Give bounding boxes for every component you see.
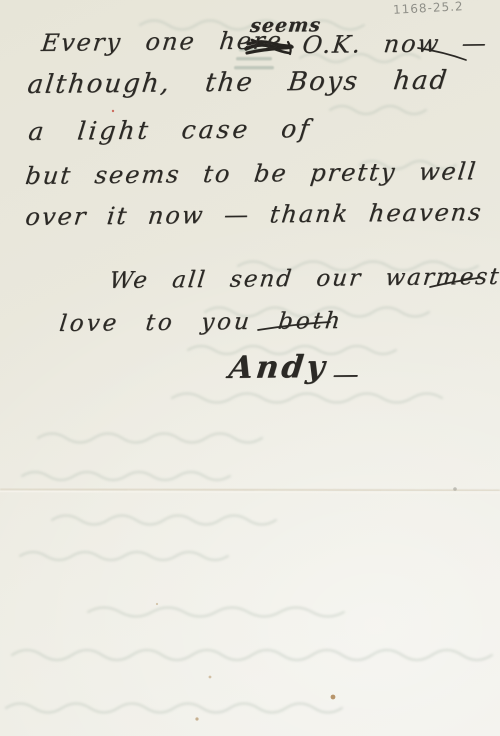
letter-line-1-start: Every one here	[40, 26, 284, 57]
letter-line-1-end: O.K. now —	[301, 29, 490, 59]
letter-line-6: We all send our warmest	[108, 264, 500, 294]
fold-crease	[0, 489, 500, 493]
signature-dash: —	[331, 360, 360, 390]
accession-number: 1168-25.2	[393, 0, 464, 17]
letter-line-3: a light case of	[27, 114, 313, 146]
signature: Andy	[227, 349, 329, 386]
letter-line-4: but seems to be pretty well	[24, 157, 479, 190]
letter-line-2: although, the Boys had	[26, 66, 450, 100]
letter-page: 1168-25.2 seems Every one here O.K. now …	[0, 0, 500, 736]
letter-line-5: over it now — thank heavens —	[24, 198, 500, 231]
letter-line-7: love to you both	[58, 308, 344, 337]
